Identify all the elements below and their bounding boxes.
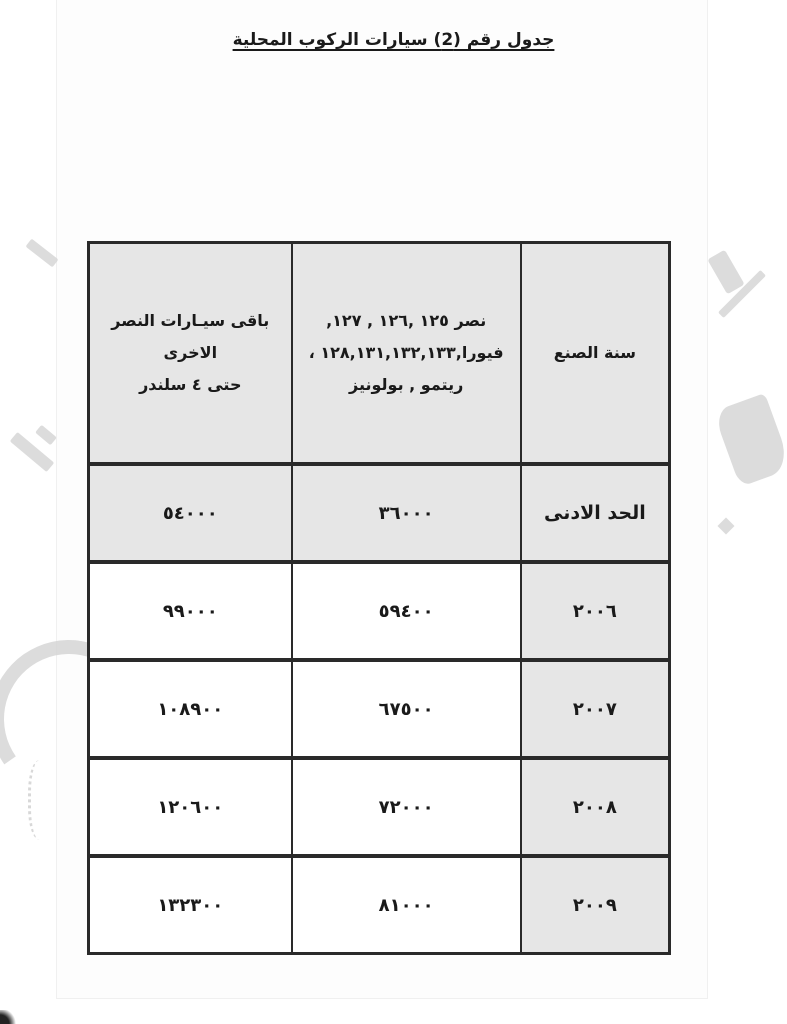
header-group-a: نصر ١٢٥ ,١٢٦ , ١٢٧, فيورا,١٢٨,١٣١,١٣٢,١٣… [292, 243, 521, 465]
header-group-a-line3: ريتمو , بولونيز [301, 369, 512, 401]
table-row-minimum: الحد الادنى ٣٦٠٠٠ ٥٤٠٠٠ [89, 464, 670, 562]
value-group-b: ١٠٨٩٠٠ [89, 660, 292, 758]
header-group-a-line2: فيورا,١٢٨,١٣١,١٣٢,١٣٣ ، [301, 337, 512, 369]
row-label: ٢٠٠٦ [521, 562, 670, 660]
vehicle-price-table: سنة الصنع نصر ١٢٥ ,١٢٦ , ١٢٧, فيورا,١٢٨,… [87, 241, 671, 955]
value-group-b: ١٢٠٦٠٠ [89, 758, 292, 856]
value-group-a: ٦٧٥٠٠ [292, 660, 521, 758]
value-group-a: ٨١٠٠٠ [292, 856, 521, 954]
watermark-fragment [26, 239, 59, 268]
table-row-2007: ٢٠٠٧ ٦٧٥٠٠ ١٠٨٩٠٠ [89, 660, 670, 758]
header-year: سنة الصنع [521, 243, 670, 465]
value-group-b: ١٣٢٣٠٠ [89, 856, 292, 954]
document-title: جدول رقم (2) سيارات الركوب المحلية [0, 30, 787, 50]
table-row-2009: ٢٠٠٩ ٨١٠٠٠ ١٣٢٣٠٠ [89, 856, 670, 954]
value-group-a: ٣٦٠٠٠ [292, 464, 521, 562]
watermark-laurel-icon [28, 760, 57, 840]
value-group-a: ٥٩٤٠٠ [292, 562, 521, 660]
row-label: الحد الادنى [521, 464, 670, 562]
row-label: ٢٠٠٨ [521, 758, 670, 856]
table-row-2008: ٢٠٠٨ ٧٢٠٠٠ ١٢٠٦٠٠ [89, 758, 670, 856]
watermark-fragment [718, 518, 735, 535]
table-header-row: سنة الصنع نصر ١٢٥ ,١٢٦ , ١٢٧, فيورا,١٢٨,… [89, 243, 670, 465]
watermark-fragment [718, 270, 766, 318]
document-title-text: جدول رقم (2) سيارات الركوب المحلية [233, 30, 555, 50]
watermark-fragment [713, 393, 787, 487]
watermark-fragment [35, 425, 57, 446]
watermark-fragment [10, 432, 54, 472]
header-group-a-line1: نصر ١٢٥ ,١٢٦ , ١٢٧, [301, 305, 512, 337]
table-row-2006: ٢٠٠٦ ٥٩٤٠٠ ٩٩٠٠٠ [89, 562, 670, 660]
row-label: ٢٠٠٩ [521, 856, 670, 954]
header-group-b: باقى سيـارات النصر الاخرى حتى ٤ سلندر [89, 243, 292, 465]
row-label: ٢٠٠٧ [521, 660, 670, 758]
value-group-a: ٧٢٠٠٠ [292, 758, 521, 856]
header-group-b-line2: حتى ٤ سلندر [98, 369, 283, 401]
header-group-b-line1: باقى سيـارات النصر الاخرى [98, 305, 283, 369]
watermark-fragment [707, 250, 744, 295]
value-group-b: ٩٩٠٠٠ [89, 562, 292, 660]
value-group-b: ٥٤٠٠٠ [89, 464, 292, 562]
corner-shadow [0, 1010, 18, 1024]
